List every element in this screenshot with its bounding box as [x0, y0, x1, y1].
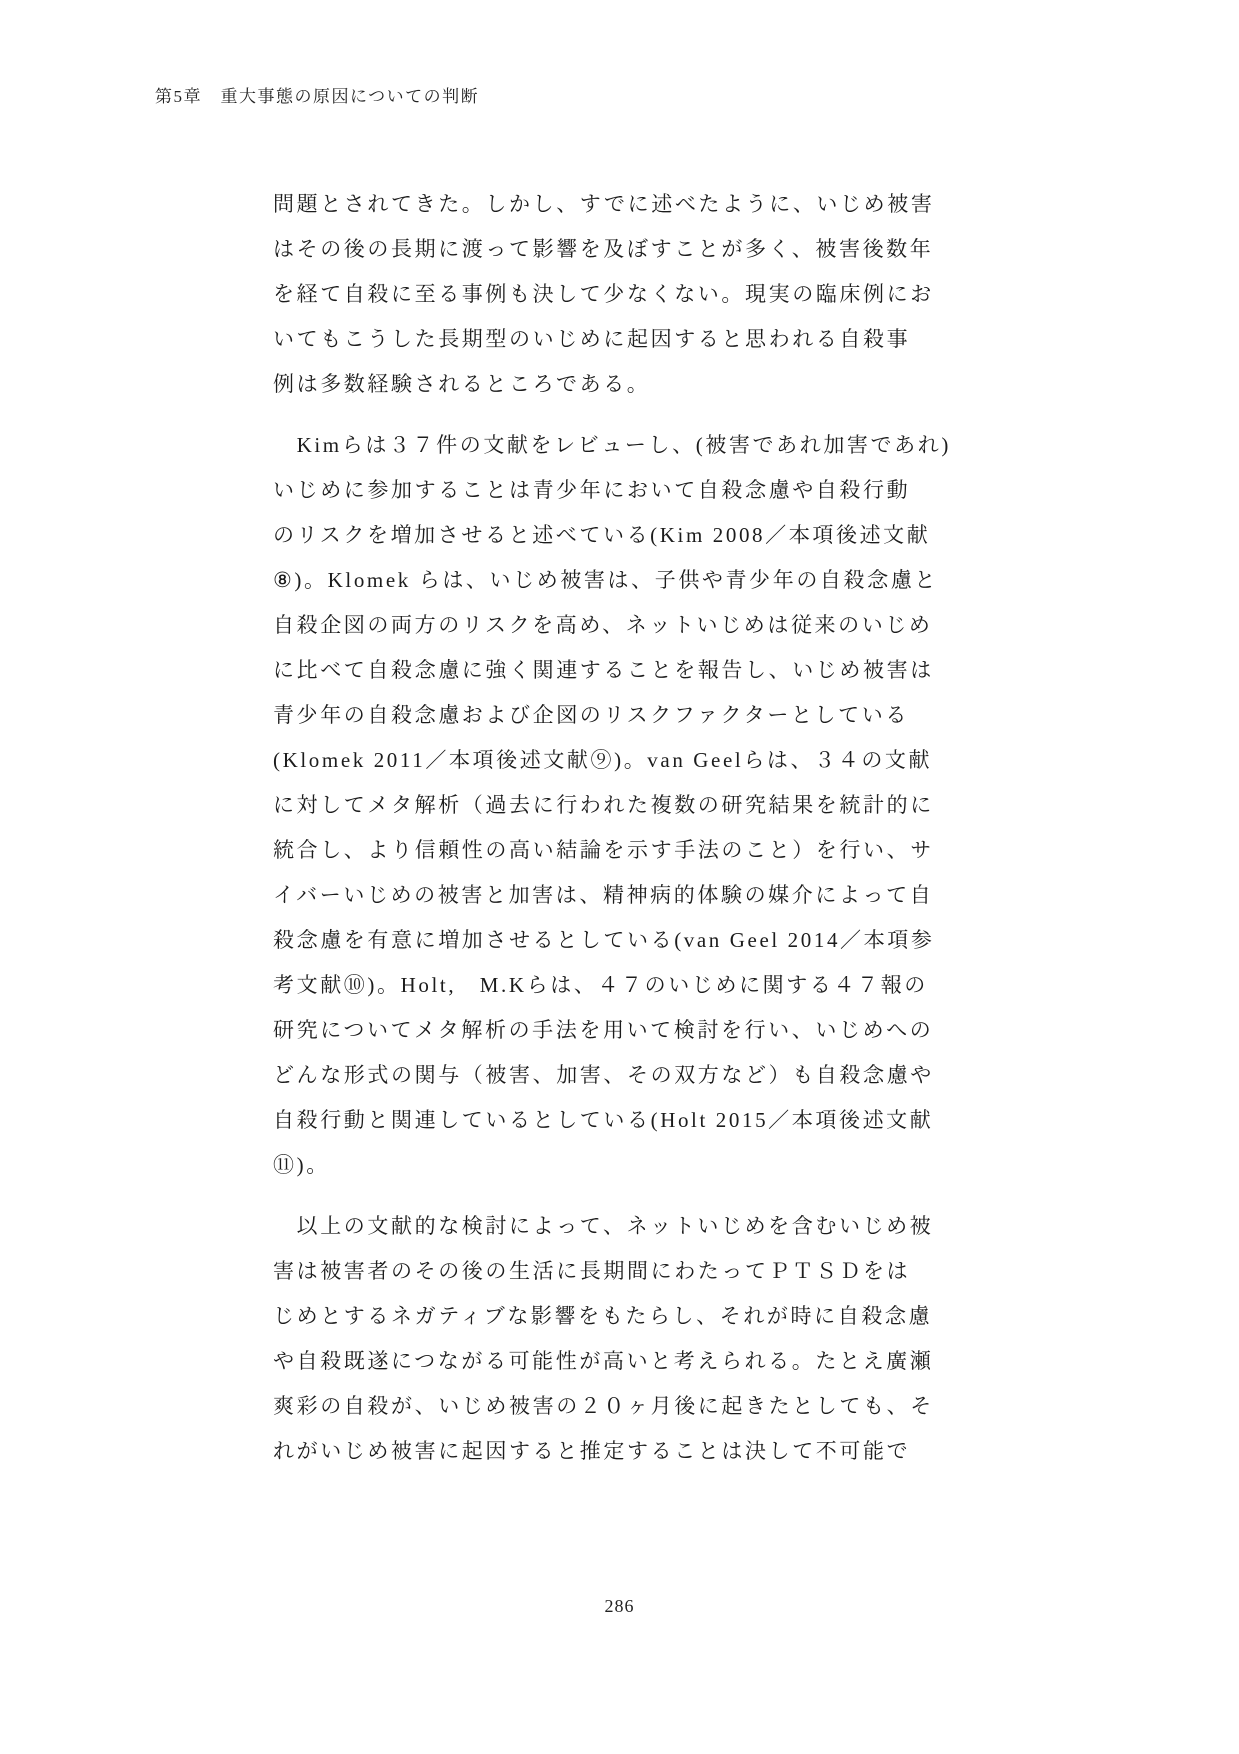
- text-line: に対してメタ解析（過去に行われた複数の研究結果を統計的に: [273, 783, 973, 828]
- text-line: 自殺企図の両方のリスクを高め、ネットいじめは従来のいじめ: [273, 603, 973, 648]
- text-line: 自殺行動と関連しているとしている(Holt 2015／本項後述文献: [273, 1098, 973, 1143]
- text-line: 青少年の自殺念慮および企図のリスクファクターとしている: [273, 693, 973, 738]
- text-line: どんな形式の関与（被害、加害、その双方など）も自殺念慮や: [273, 1053, 973, 1098]
- text-line: (Klomek 2011／本項後述文献⑨)。van Geelらは、３４の文献: [273, 738, 973, 783]
- page-number: 286: [0, 1596, 1239, 1617]
- text-line: ⑪)。: [273, 1143, 973, 1188]
- text-line: いじめに参加することは青少年において自殺念慮や自殺行動: [273, 468, 973, 513]
- text-line: 害は被害者のその後の生活に長期間にわたってＰＴＳＤをは: [273, 1249, 973, 1294]
- text-line: いてもこうした長期型のいじめに起因すると思われる自殺事: [273, 317, 973, 362]
- text-line: 爽彩の自殺が、いじめ被害の２０ヶ月後に起きたとしても、そ: [273, 1384, 973, 1429]
- text-line: 研究についてメタ解析の手法を用いて検討を行い、いじめへの: [273, 1008, 973, 1053]
- text-line: を経て自殺に至る事例も決して少なくない。現実の臨床例にお: [273, 272, 973, 317]
- text-line: 統合し、より信頼性の高い結論を示す手法のこと）を行い、サ: [273, 828, 973, 873]
- paragraph: 問題とされてきた。しかし、すでに述べたように、いじめ被害はその後の長期に渡って影…: [273, 182, 973, 407]
- text-line: 以上の文献的な検討によって、ネットいじめを含むいじめ被: [273, 1204, 973, 1249]
- text-line: 問題とされてきた。しかし、すでに述べたように、いじめ被害: [273, 182, 973, 227]
- text-line: イバーいじめの被害と加害は、精神病的体験の媒介によって自: [273, 873, 973, 918]
- text-line: Kimらは３７件の文献をレビューし、(被害であれ加害であれ): [273, 423, 973, 468]
- paragraph: 以上の文献的な検討によって、ネットいじめを含むいじめ被害は被害者のその後の生活に…: [273, 1204, 973, 1474]
- text-line: はその後の長期に渡って影響を及ぼすことが多く、被害後数年: [273, 227, 973, 272]
- text-line: 考文献⑩)。Holt, M.Kらは、４７のいじめに関する４７報の: [273, 963, 973, 1008]
- document-page: 第5章 重大事態の原因についての判断 問題とされてきた。しかし、すでに述べたよう…: [0, 0, 1239, 1754]
- text-line: ⑧)。Klomek らは、いじめ被害は、子供や青少年の自殺念慮と: [273, 558, 973, 603]
- text-line: のリスクを増加させると述べている(Kim 2008／本項後述文献: [273, 513, 973, 558]
- paragraph: Kimらは３７件の文献をレビューし、(被害であれ加害であれ)いじめに参加すること…: [273, 423, 973, 1188]
- page-body: 問題とされてきた。しかし、すでに述べたように、いじめ被害はその後の長期に渡って影…: [273, 182, 973, 1490]
- text-line: に比べて自殺念慮に強く関連することを報告し、いじめ被害は: [273, 648, 973, 693]
- text-line: れがいじめ被害に起因すると推定することは決して不可能で: [273, 1429, 973, 1474]
- chapter-header: 第5章 重大事態の原因についての判断: [155, 82, 479, 107]
- text-line: 例は多数経験されるところである。: [273, 362, 973, 407]
- text-line: 殺念慮を有意に増加させるとしている(van Geel 2014／本項参: [273, 918, 973, 963]
- text-line: や自殺既遂につながる可能性が高いと考えられる。たとえ廣瀬: [273, 1339, 973, 1384]
- text-line: じめとするネガティブな影響をもたらし、それが時に自殺念慮: [273, 1294, 973, 1339]
